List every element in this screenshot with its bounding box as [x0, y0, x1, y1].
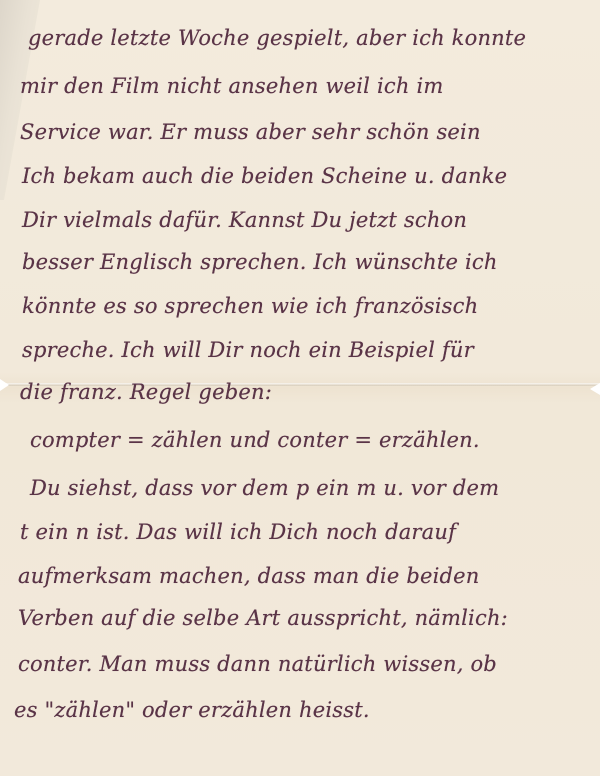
letter-line-16: es "zählen" oder erzählen heisst.	[14, 698, 600, 722]
letter-line-1: gerade letzte Woche gespielt, aber ich k…	[28, 26, 600, 50]
letter-line-8: spreche. Ich will Dir noch ein Beispiel …	[22, 338, 600, 362]
letter-line-5: Dir vielmals dafür. Kannst Du jetzt scho…	[22, 208, 600, 232]
letter-line-14: Verben auf die selbe Art ausspricht, näm…	[18, 606, 600, 630]
letter-page: gerade letzte Woche gespielt, aber ich k…	[0, 0, 600, 776]
letter-line-10-example: compter = zählen und conter = erzählen.	[30, 428, 600, 452]
letter-line-6: besser Englisch sprechen. Ich wünschte i…	[22, 250, 600, 274]
letter-line-7: könnte es so sprechen wie ich französisc…	[22, 294, 600, 318]
letter-line-13: aufmerksam machen, dass man die beiden	[18, 564, 600, 588]
fold-notch-left	[0, 379, 9, 391]
letter-line-12: t ein n ist. Das will ich Dich noch dara…	[20, 520, 600, 544]
letter-line-3: Service war. Er muss aber sehr schön sei…	[20, 120, 600, 144]
letter-line-4: Ich bekam auch die beiden Scheine u. dan…	[22, 164, 600, 188]
letter-line-11: Du siehst, dass vor dem p ein m u. vor d…	[30, 476, 600, 500]
letter-line-2: mir den Film nicht ansehen weil ich im	[20, 74, 600, 98]
letter-line-9: die franz. Regel geben:	[20, 380, 600, 404]
letter-line-15: conter. Man muss dann natürlich wissen, …	[18, 652, 600, 676]
